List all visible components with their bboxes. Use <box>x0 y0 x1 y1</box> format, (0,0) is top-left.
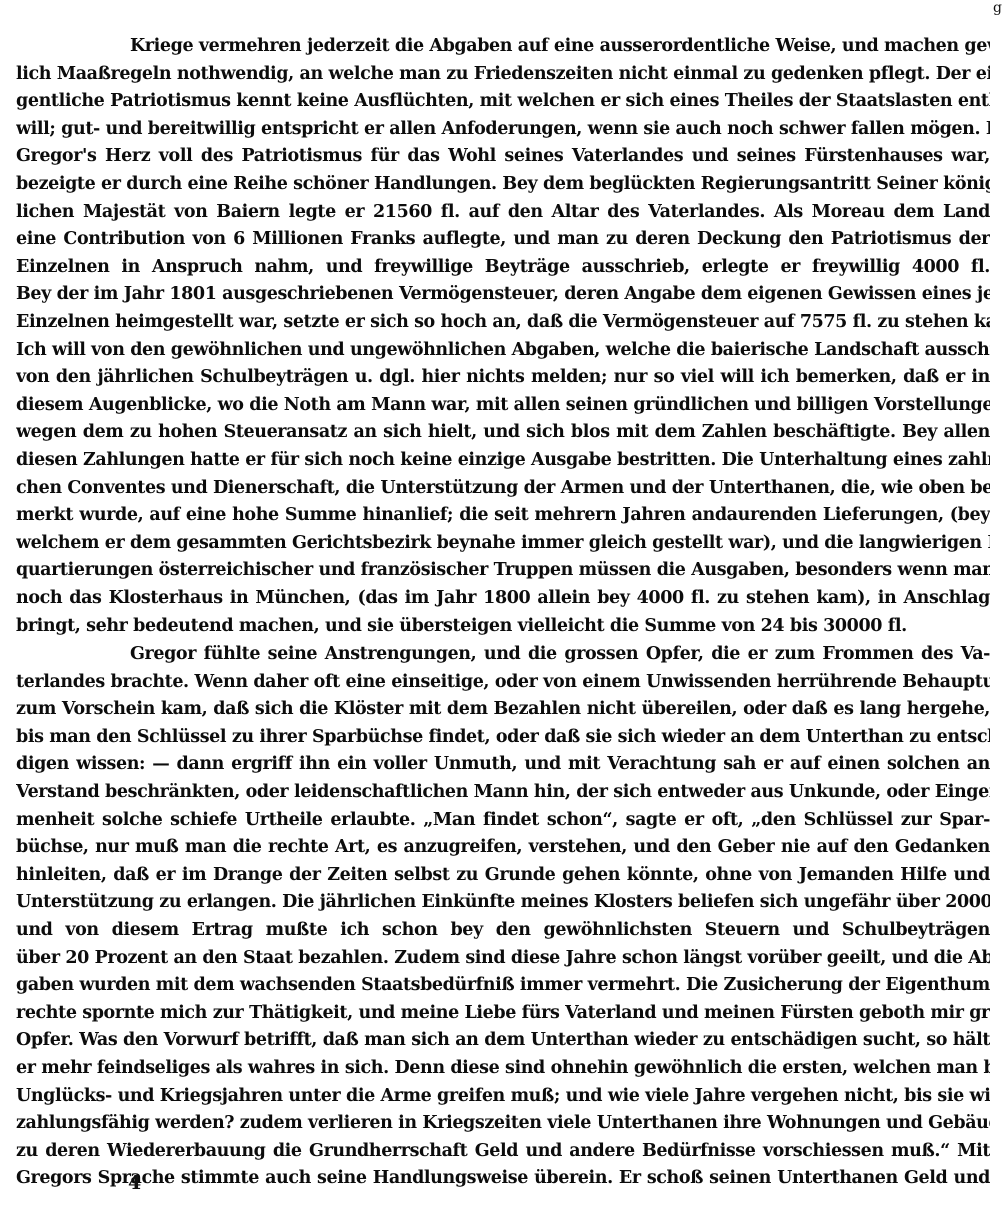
text-line: welchem er dem gesammten Gerichtsbezirk … <box>16 530 990 557</box>
text-line: von den jährlichen Schulbeyträgen u. dgl… <box>16 364 990 391</box>
text-line: rechte spornte mich zur Thätigkeit, und … <box>16 1000 990 1027</box>
text-line: Einzelnen in Anspruch nahm, und freywill… <box>16 254 990 281</box>
text-line: noch das Klosterhaus in München, (das im… <box>16 585 990 612</box>
text-line: terlandes brachte. Wenn daher oft eine e… <box>16 669 990 696</box>
text-line: quartierungen österreichischer und franz… <box>16 557 990 584</box>
text-line: zahlungsfähig werden? zudem verlieren in… <box>16 1110 990 1137</box>
text-line: Gregor fühlte seine Anstrengungen, und d… <box>16 641 990 668</box>
text-line: chen Conventes und Dienerschaft, die Unt… <box>16 475 990 502</box>
text-line: Ich will von den gewöhnlichen und ungewö… <box>16 337 990 364</box>
text-line: Opfer. Was den Vorwurf betrifft, daß man… <box>16 1027 990 1054</box>
text-line: bis man den Schlüssel zu ihrer Sparbüchs… <box>16 724 990 751</box>
text-line: bringt, sehr bedeutend machen, und sie ü… <box>16 613 990 640</box>
text-line: büchse, nur muß man die rechte Art, es a… <box>16 834 990 861</box>
text-line: Gregors Sprache stimmte auch seine Handl… <box>16 1165 990 1192</box>
text-line: Unglücks- und Kriegsjahren unter die Arm… <box>16 1083 990 1110</box>
text-line: merkt wurde, auf eine hohe Summe hinanli… <box>16 502 990 529</box>
page-number: 4 <box>128 1172 141 1194</box>
text-line: diesen Zahlungen hatte er für sich noch … <box>16 447 990 474</box>
text-line: diesem Augenblicke, wo die Noth am Mann … <box>16 392 990 419</box>
corner-mark: g <box>993 0 1002 16</box>
text-line: über 20 Prozent an den Staat bezahlen. Z… <box>16 945 990 972</box>
text-line: und von diesem Ertrag mußte ich schon be… <box>16 917 990 944</box>
text-line: er mehr feindseliges als wahres in sich.… <box>16 1055 990 1082</box>
text-line: lichen Majestät von Baiern legte er 2156… <box>16 199 990 226</box>
text-line: zu deren Wiedererbauung die Grundherrsch… <box>16 1138 990 1165</box>
text-line: bezeigte er durch eine Reihe schöner Han… <box>16 171 990 198</box>
text-line: will; gut- und bereitwillig entspricht e… <box>16 116 990 143</box>
text-line: zum Vorschein kam, daß sich die Klöster … <box>16 696 990 723</box>
text-line: Bey der im Jahr 1801 ausgeschriebenen Ve… <box>16 281 990 308</box>
text-line: gentliche Patriotismus kennt keine Ausfl… <box>16 88 990 115</box>
text-line: Verstand beschränkten, oder leidenschaft… <box>16 779 990 806</box>
text-line: eine Contribution von 6 Millionen Franks… <box>16 226 990 253</box>
text-line: wegen dem zu hohen Steueransatz an sich … <box>16 419 990 446</box>
text-line: lich Maaßregeln nothwendig, an welche ma… <box>16 61 990 88</box>
text-line: Einzelnen heimgestellt war, setzte er si… <box>16 309 990 336</box>
text-line: Gregor's Herz voll des Patriotismus für … <box>16 143 990 170</box>
text-line: Kriege vermehren jederzeit die Abgaben a… <box>16 33 990 60</box>
text-line: hinleiten, daß er im Drange der Zeiten s… <box>16 862 990 889</box>
text-line: Unterstützung zu erlangen. Die jährliche… <box>16 889 990 916</box>
scanned-page: g Kriege vermehren jederzeit die Abgaben… <box>0 0 1008 1207</box>
text-line: digen wissen: — dann ergriff ihn ein vol… <box>16 751 990 778</box>
text-line: menheit solche schiefe Urtheile erlaubte… <box>16 807 990 834</box>
text-line: gaben wurden mit dem wachsenden Staatsbe… <box>16 972 990 999</box>
